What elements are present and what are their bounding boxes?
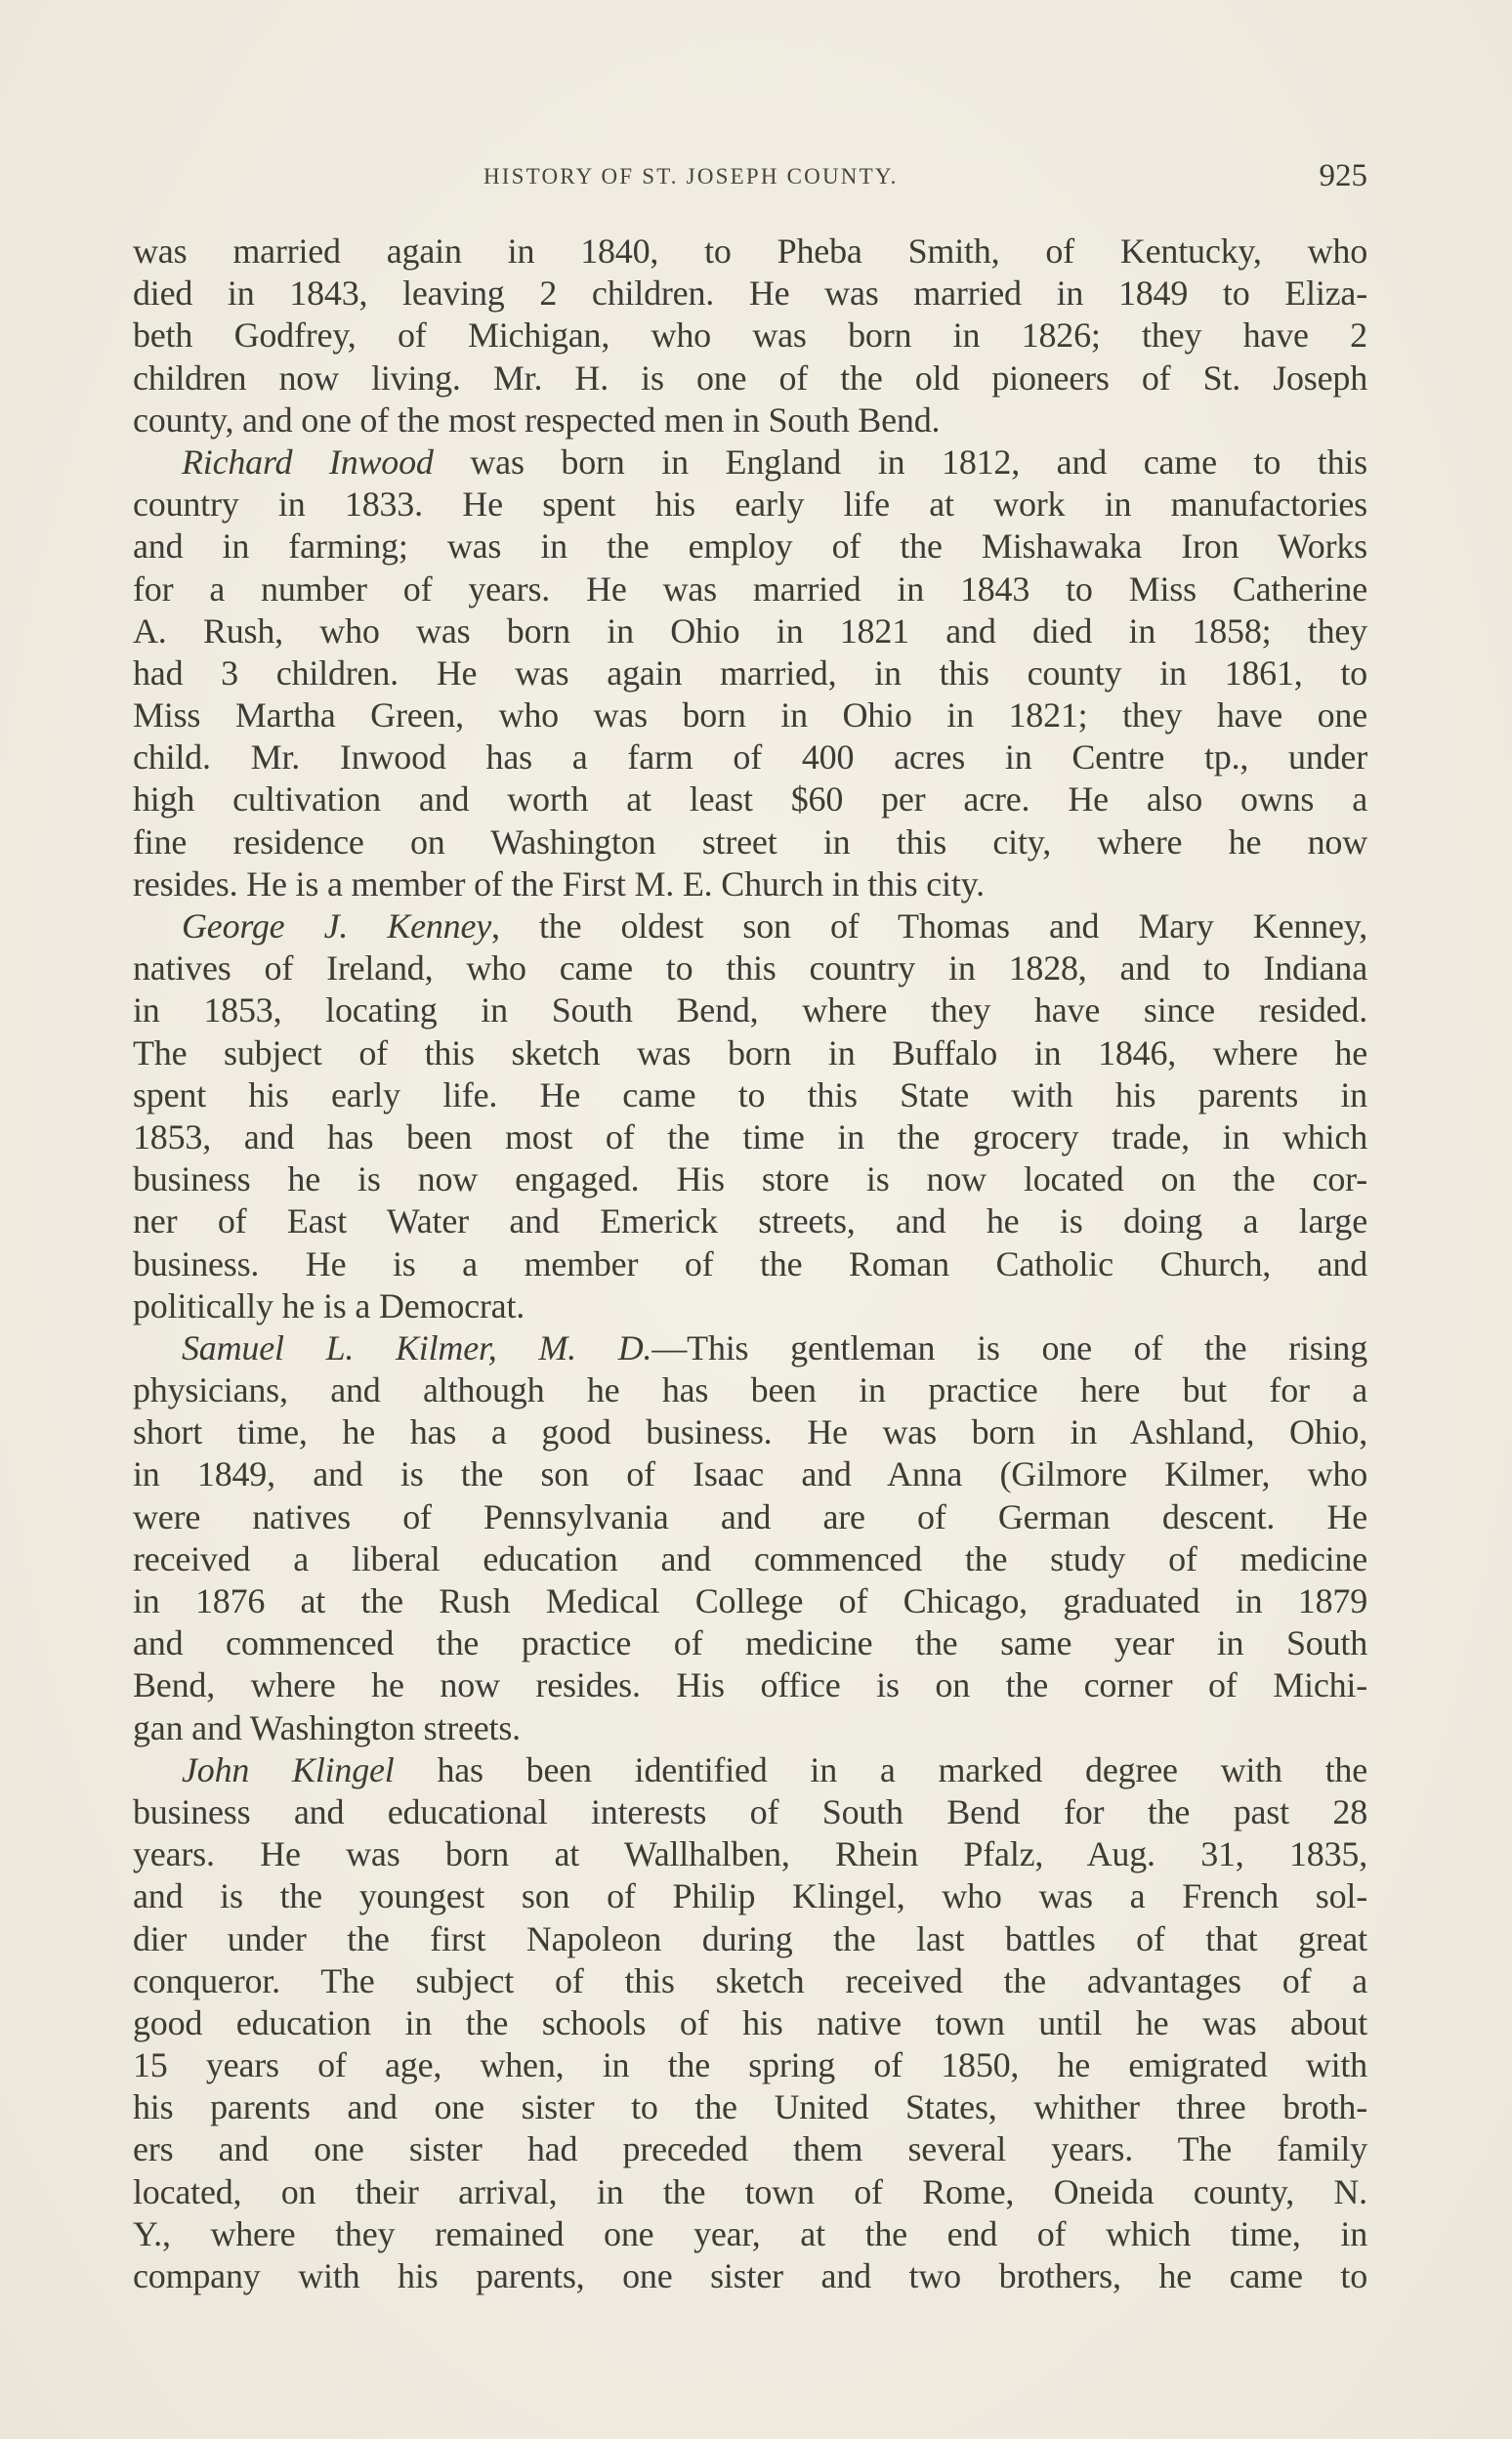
text-line: in 1876 at the Rush Medical College of C… (133, 1580, 1367, 1622)
text-line: Richard Inwood was born in England in 18… (133, 442, 1367, 484)
paragraph-samuel-l-kilmer: Samuel L. Kilmer, M. D.—This gentleman i… (133, 1327, 1367, 1749)
running-title: HISTORY OF ST. JOSEPH COUNTY. (483, 164, 899, 189)
text-line: George J. Kenney, the oldest son of Thom… (133, 905, 1367, 947)
text-line: 1853, and has been most of the time in t… (133, 1116, 1367, 1158)
biography-name: Richard Inwood (182, 442, 434, 482)
text-line: physicians, and although he has been in … (133, 1369, 1367, 1411)
text-line: John Klingel has been identified in a ma… (133, 1749, 1367, 1791)
text-line: gan and Washington streets. (133, 1707, 1367, 1749)
text-line: company with his parents, one sister and… (133, 2255, 1367, 2297)
text-run: has been identified in a marked degree w… (395, 1750, 1367, 1789)
text-run: —This gentleman is one of the rising (651, 1328, 1367, 1367)
text-line: was married again in 1840, to Pheba Smit… (133, 231, 1367, 273)
text-line: ers and one sister had preceded them sev… (133, 2128, 1367, 2170)
text-line: natives of Ireland, who came to this cou… (133, 947, 1367, 989)
text-line: children now living. Mr. H. is one of th… (133, 357, 1367, 399)
text-line: beth Godfrey, of Michigan, who was born … (133, 315, 1367, 357)
text-line: child. Mr. Inwood has a farm of 400 acre… (133, 736, 1367, 778)
text-line: conqueror. The subject of this sketch re… (133, 1960, 1367, 2002)
text-line: located, on their arrival, in the town o… (133, 2171, 1367, 2213)
paragraph-john-klingel: John Klingel has been identified in a ma… (133, 1749, 1367, 2297)
text-run: was born in England in 1812, and came to… (434, 442, 1367, 482)
text-line: years. He was born at Wallhalben, Rhein … (133, 1833, 1367, 1875)
running-head: HISTORY OF ST. JOSEPH COUNTY. 925 (479, 158, 1367, 197)
text-line: for a number of years. He was married in… (133, 568, 1367, 610)
biography-name: George J. Kenney (182, 906, 491, 946)
text-line: high cultivation and worth at least $60 … (133, 778, 1367, 820)
text-line: in 1853, locating in South Bend, where t… (133, 989, 1367, 1031)
text-line: received a liberal education and commenc… (133, 1538, 1367, 1580)
text-line: good education in the schools of his nat… (133, 2002, 1367, 2044)
text-line: short time, he has a good business. He w… (133, 1411, 1367, 1453)
text-line: fine residence on Washington street in t… (133, 821, 1367, 863)
text-line: in 1849, and is the son of Isaac and Ann… (133, 1453, 1367, 1495)
text-line: politically he is a Democrat. (133, 1285, 1367, 1327)
biography-name: Samuel L. Kilmer, M. D. (182, 1328, 651, 1367)
text-line: and in farming; was in the employ of the… (133, 526, 1367, 568)
text-line: county, and one of the most respected me… (133, 399, 1367, 442)
text-line: had 3 children. He was again married, in… (133, 652, 1367, 694)
text-line: Miss Martha Green, who was born in Ohio … (133, 694, 1367, 736)
text-line: were natives of Pennsylvania and are of … (133, 1496, 1367, 1538)
paragraph-richard-inwood: Richard Inwood was born in England in 18… (133, 442, 1367, 905)
paragraph-continuation: was married again in 1840, to Pheba Smit… (133, 231, 1367, 442)
text-line: dier under the first Napoleon during the… (133, 1918, 1367, 1960)
text-line: ner of East Water and Emerick streets, a… (133, 1200, 1367, 1242)
text-line: 15 years of age, when, in the spring of … (133, 2044, 1367, 2086)
biography-name: John Klingel (182, 1750, 395, 1789)
text-line: spent his early life. He came to this St… (133, 1074, 1367, 1116)
book-page: HISTORY OF ST. JOSEPH COUNTY. 925 was ma… (0, 0, 1512, 2439)
text-line: The subject of this sketch was born in B… (133, 1032, 1367, 1074)
text-line: his parents and one sister to the United… (133, 2086, 1367, 2128)
text-line: business he is now engaged. His store is… (133, 1158, 1367, 1200)
text-line: Samuel L. Kilmer, M. D.—This gentleman i… (133, 1327, 1367, 1369)
text-line: and is the youngest son of Philip Klinge… (133, 1875, 1367, 1917)
text-line: business. He is a member of the Roman Ca… (133, 1243, 1367, 1285)
text-line: died in 1843, leaving 2 children. He was… (133, 273, 1367, 315)
text-line: country in 1833. He spent his early life… (133, 484, 1367, 526)
text-line: Bend, where he now resides. His office i… (133, 1664, 1367, 1706)
text-run: , the oldest son of Thomas and Mary Kenn… (491, 906, 1367, 946)
paragraph-george-j-kenney: George J. Kenney, the oldest son of Thom… (133, 905, 1367, 1327)
body-text: was married again in 1840, to Pheba Smit… (133, 231, 1367, 2297)
text-line: business and educational interests of So… (133, 1791, 1367, 1833)
text-line: and commenced the practice of medicine t… (133, 1622, 1367, 1664)
page-number: 925 (1320, 158, 1368, 194)
text-line: resides. He is a member of the First M. … (133, 863, 1367, 905)
text-line: Y., where they remained one year, at the… (133, 2213, 1367, 2255)
text-line: A. Rush, who was born in Ohio in 1821 an… (133, 610, 1367, 652)
